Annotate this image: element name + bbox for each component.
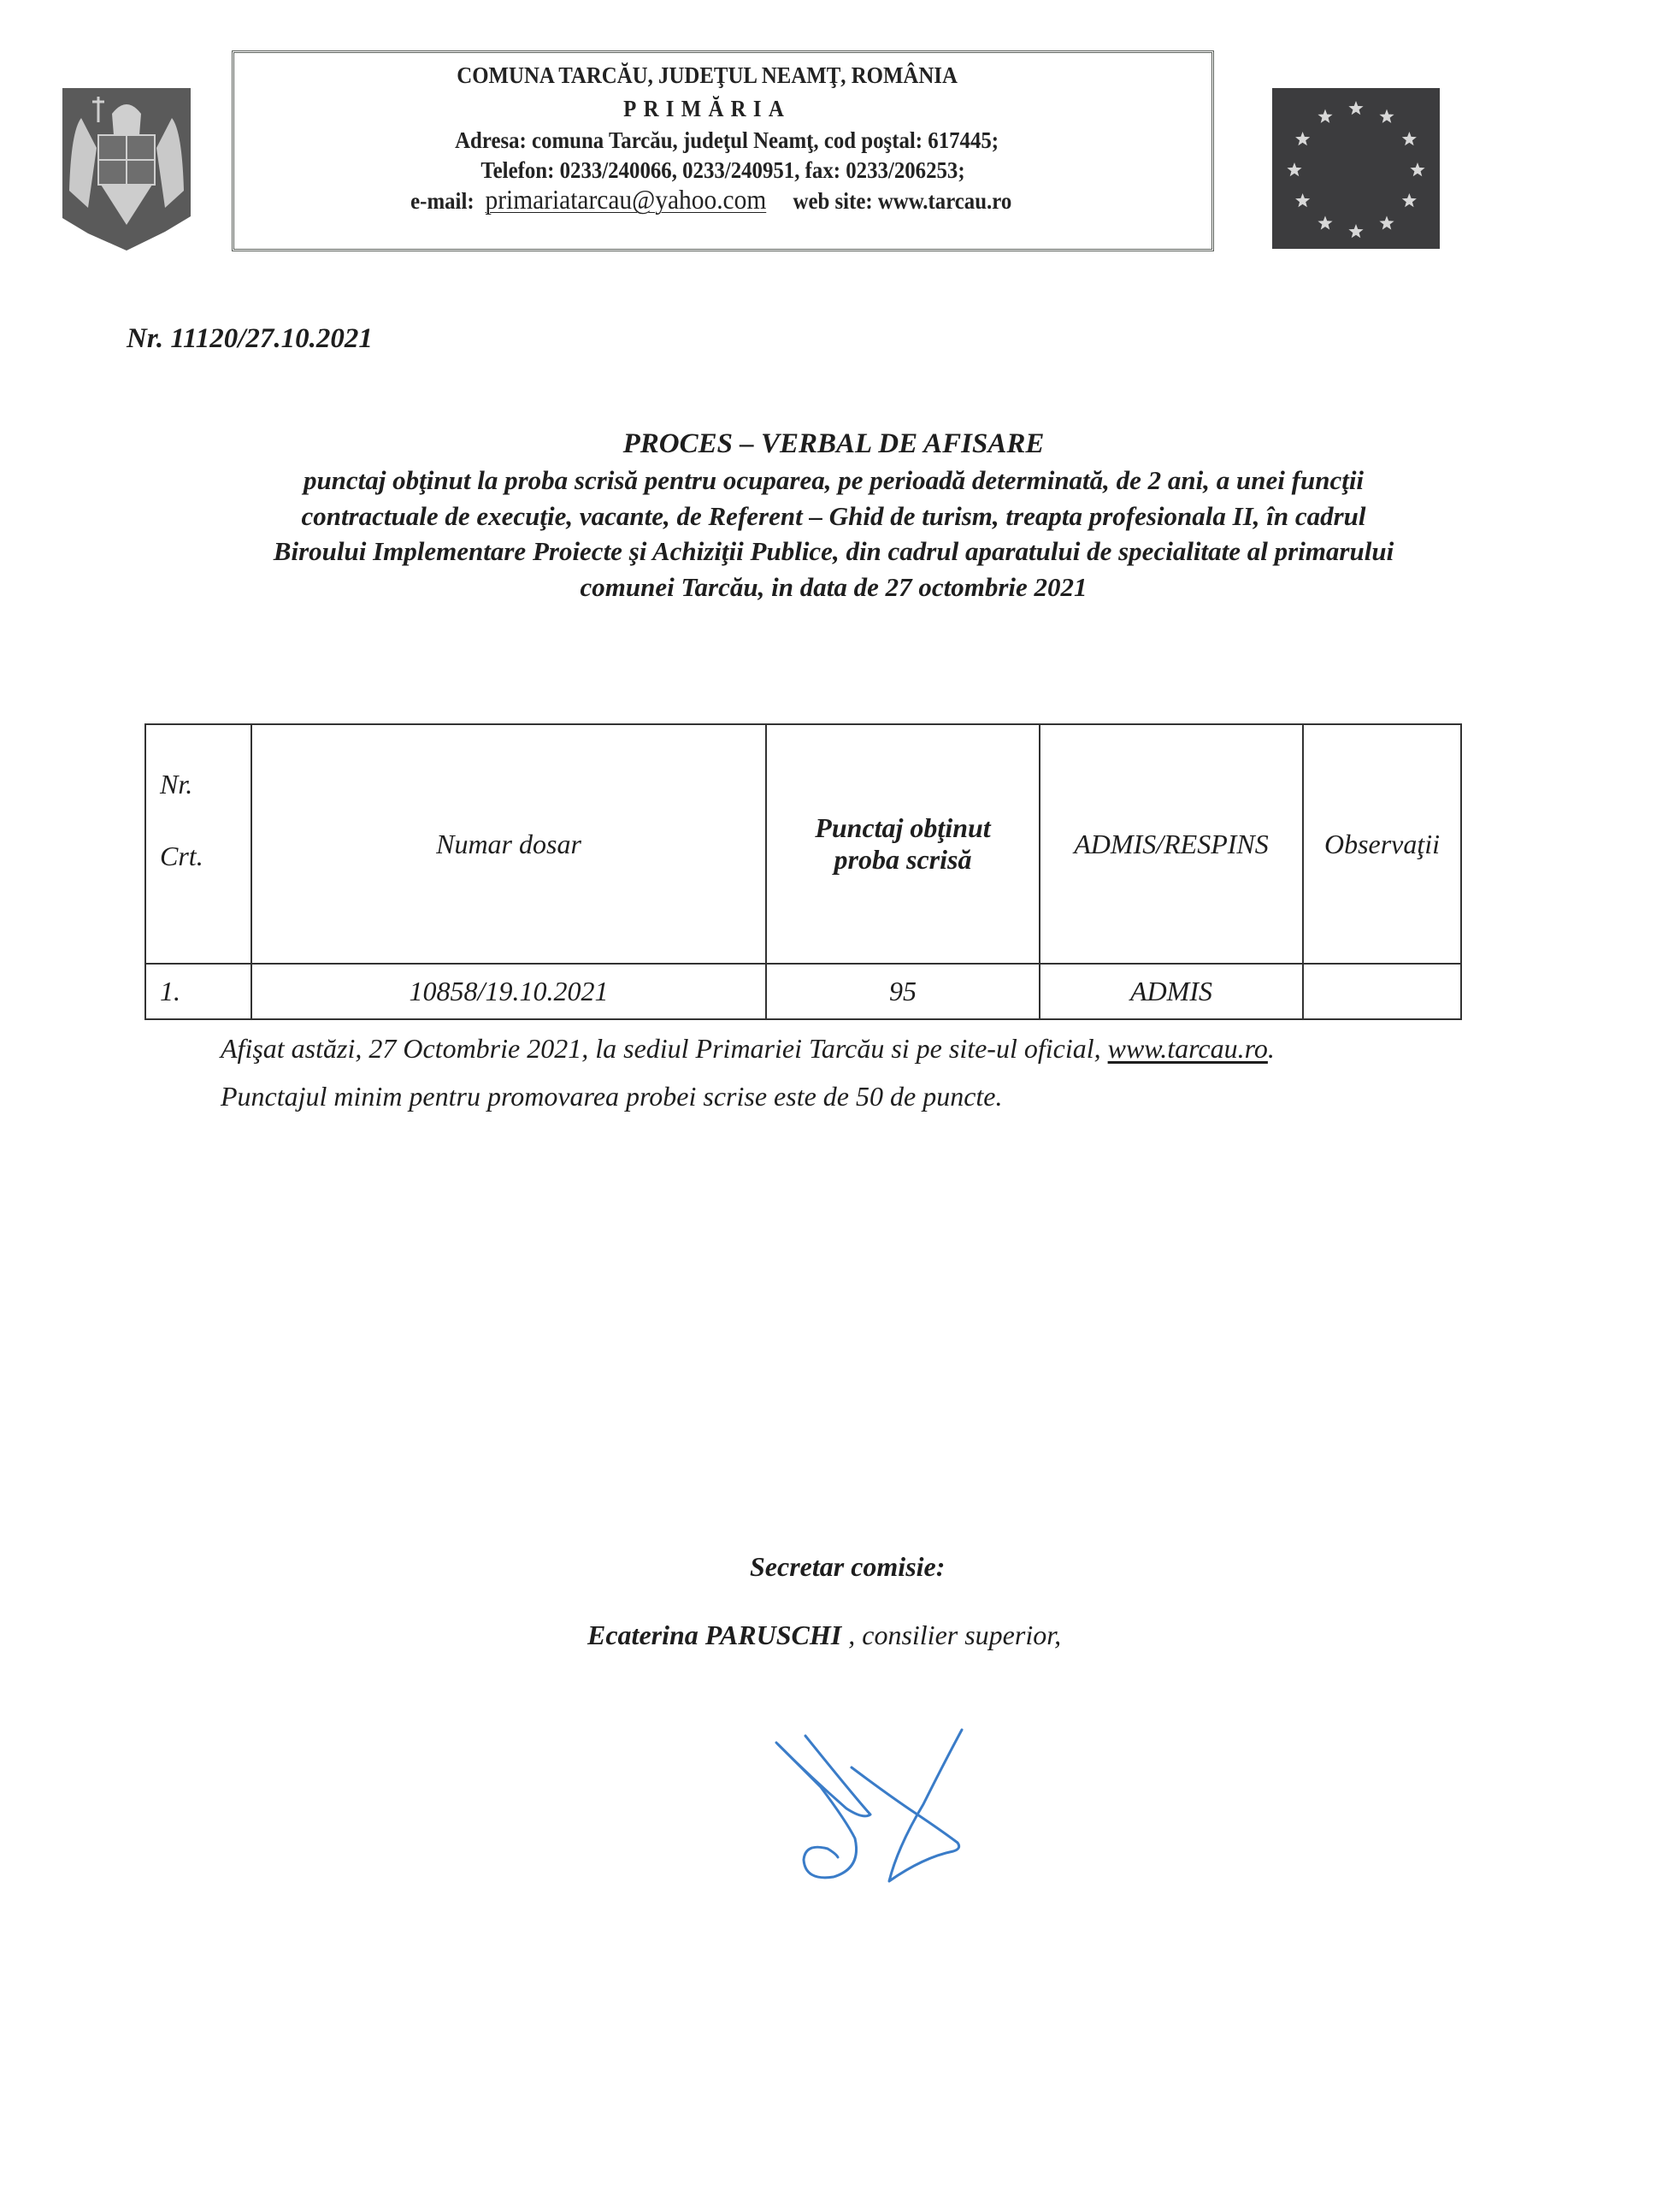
header-nr-crt: Nr. Crt. <box>145 724 251 964</box>
header-punctaj: Punctaj obţinut proba scrisă <box>766 724 1040 964</box>
email-link[interactable]: primariatarcau@yahoo.com <box>486 184 767 215</box>
cell-punctaj: 95 <box>766 964 1040 1019</box>
title-line-1: punctaj obţinut la proba scrisă pentru o… <box>128 463 1539 499</box>
official-site-link[interactable]: www.tarcau.ro <box>1108 1033 1268 1064</box>
email-label: e-mail: <box>410 188 474 214</box>
document-title-block: PROCES – VERBAL DE AFISARE punctaj obţin… <box>128 425 1539 605</box>
title-line-3: Biroului Implementare Proiecte şi Achizi… <box>128 534 1539 569</box>
header-observatii: Observaţii <box>1303 724 1461 964</box>
document-title: PROCES – VERBAL DE AFISARE <box>128 425 1539 463</box>
website-label[interactable]: web site: www.tarcau.ro <box>793 188 1012 214</box>
registration-number: Nr. 11120/27.10.2021 <box>127 323 373 355</box>
results-table: Nr. Crt. Numar dosar Punctaj obţinut pro… <box>144 723 1462 1020</box>
cell-dosar: 10858/19.10.2021 <box>251 964 766 1019</box>
header-phone: Telefon: 0233/240066, 0233/240951, fax: … <box>274 157 1173 183</box>
cell-observatii <box>1303 964 1461 1019</box>
handwritten-signature-icon <box>761 1719 975 1898</box>
header-numar-dosar: Numar dosar <box>251 724 766 964</box>
cell-nr: 1. <box>145 964 251 1019</box>
header-address: Adresa: comuna Tarcău, judeţul Neamţ, co… <box>274 127 1173 153</box>
table-row: 1. 10858/19.10.2021 95 ADMIS <box>145 964 1461 1019</box>
title-line-2: contractuale de execuţie, vacante, de Re… <box>128 499 1539 534</box>
header-institution: PRIMĂRIA <box>274 96 1173 121</box>
signatory-name: Ecaterina PARUSCHI , consilier superior, <box>587 1620 1061 1651</box>
minimum-score-note: Punctajul minim pentru promovarea probei… <box>221 1081 1002 1112</box>
romania-coat-of-arms-icon <box>62 88 191 251</box>
cell-status: ADMIS <box>1040 964 1303 1019</box>
header-contact-line: e-mail:primariatarcau@yahoo.comweb site:… <box>274 186 1173 214</box>
table-header-row: Nr. Crt. Numar dosar Punctaj obţinut pro… <box>145 724 1461 964</box>
header-contact-box: COMUNA TARCĂU, JUDEŢUL NEAMŢ, ROMÂNIA PR… <box>232 50 1214 251</box>
title-line-4: comunei Tarcău, in data de 27 octombrie … <box>128 569 1539 605</box>
signature-title: Secretar comisie: <box>750 1551 945 1583</box>
header-admis-respins: ADMIS/RESPINS <box>1040 724 1303 964</box>
eu-flag-icon <box>1272 88 1440 249</box>
posting-note: Afişat astăzi, 27 Octombrie 2021, la sed… <box>221 1033 1275 1065</box>
header-commune-line: COMUNA TARCĂU, JUDEŢUL NEAMŢ, ROMÂNIA <box>274 62 1173 88</box>
